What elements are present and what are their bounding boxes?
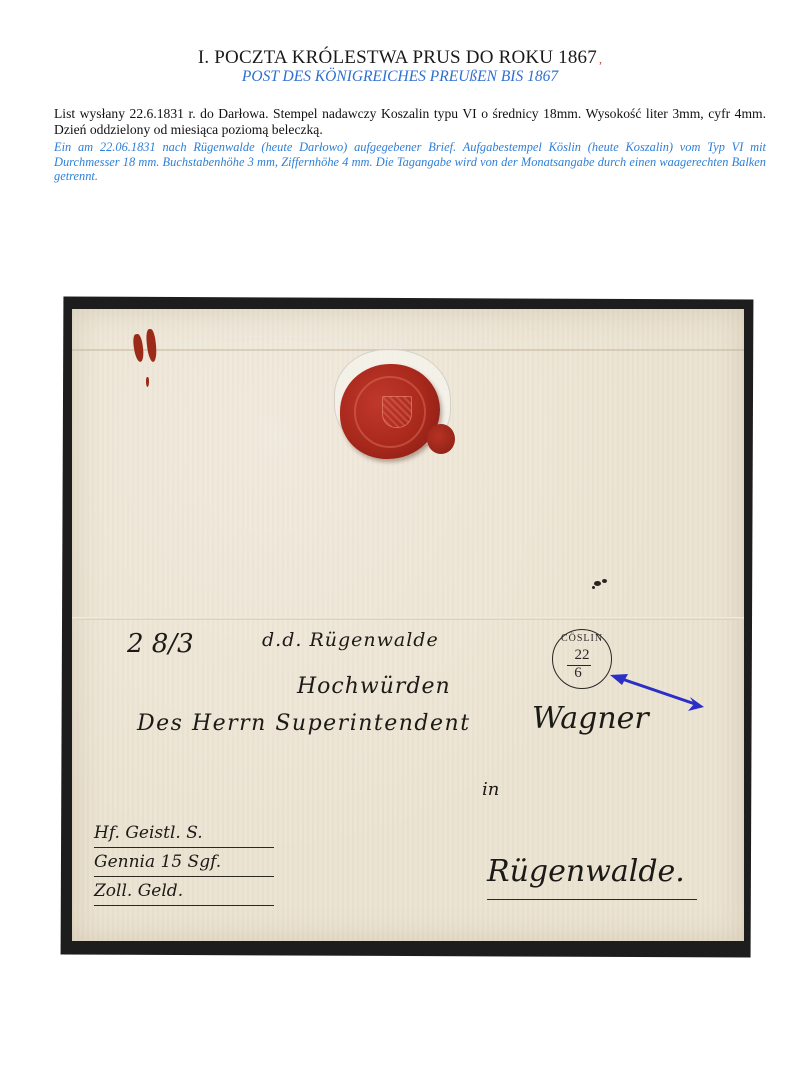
destination-underline xyxy=(487,899,697,900)
annotation-arrow-icon xyxy=(608,671,704,711)
description-polish: List wysłany 22.6.1831 r. do Darłowa. St… xyxy=(54,106,766,138)
note-line: Zoll. Geld. xyxy=(94,877,274,906)
handwriting-preposition: in xyxy=(482,779,499,800)
postmark-day: 22 xyxy=(553,647,611,664)
page-subtitle: POST DES KÖNIGREICHES PREUßEN BIS 1867 xyxy=(0,68,800,86)
postmark-town: CÖSLIN xyxy=(553,633,611,644)
postmark-month: 6 xyxy=(553,665,603,682)
postmark: CÖSLIN 22 6 xyxy=(552,629,612,689)
red-tick-mark: , xyxy=(599,52,602,66)
handwriting-destination: Rügenwalde. xyxy=(487,854,685,889)
handwriting-addressee: Des Herrn Superintendent xyxy=(137,711,471,736)
description-german: Ein am 22.06.1831 nach Rügenwalde (heute… xyxy=(54,140,766,184)
note-line: Gennia 15 Sgf. xyxy=(94,848,274,877)
handwriting-notes: Hf. Geistl. S. Gennia 15 Sgf. Zoll. Geld… xyxy=(94,819,274,906)
fold-line-middle xyxy=(72,617,744,620)
page-title: I. POCZTA KRÓLESTWA PRUS DO ROKU 1867, xyxy=(0,47,800,69)
handwriting-honorific: Hochwürden xyxy=(297,674,451,699)
title-text: I. POCZTA KRÓLESTWA PRUS DO ROKU 1867 xyxy=(198,47,597,68)
seal-coat-of-arms-icon xyxy=(382,396,412,428)
handwriting-rate-mark: 2 8/3 xyxy=(127,629,194,659)
wax-seal-drip xyxy=(427,424,455,454)
handwriting-from-line: d.d. Rügenwalde xyxy=(262,629,439,651)
note-line: Hf. Geistl. S. xyxy=(94,819,274,848)
letter-image: 2 8/3 d.d. Rügenwalde Hochwürden Des Her… xyxy=(72,309,744,941)
